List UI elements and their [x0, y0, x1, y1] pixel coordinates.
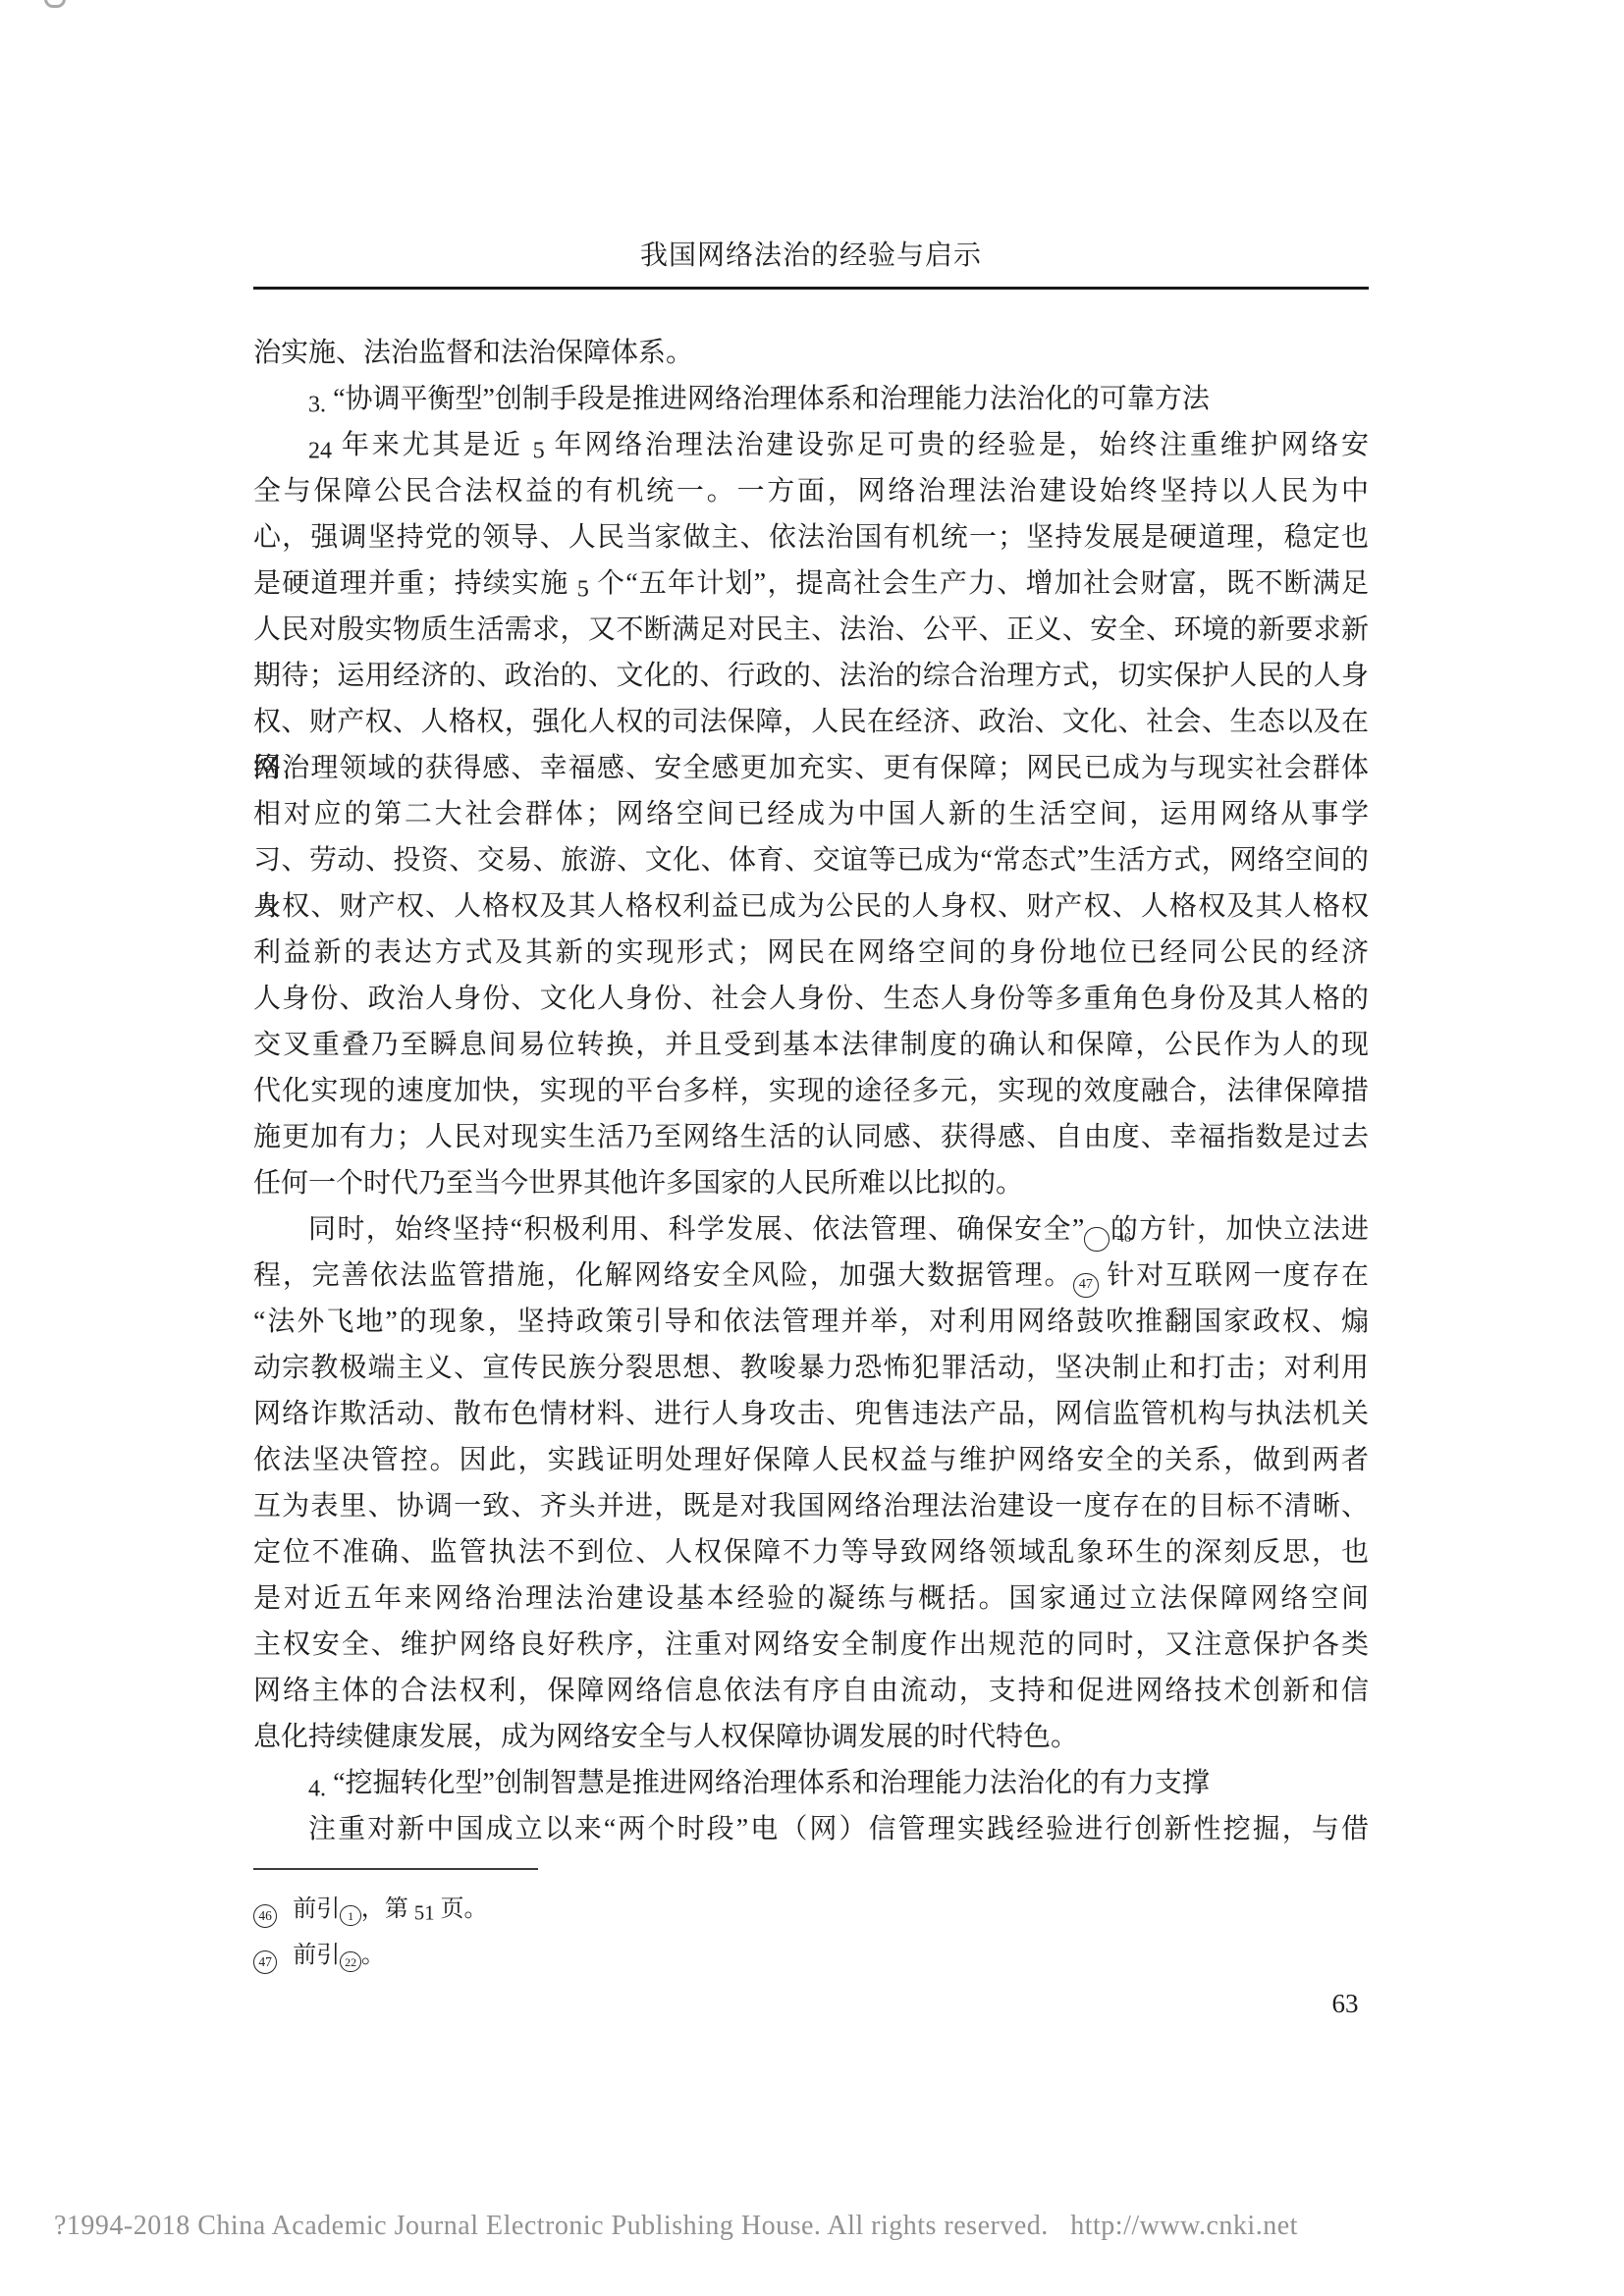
document-page: 我国网络法治的经验与启示 治实施、法治监督和法治保障体系。 3. “协调平衡型”…: [0, 0, 1624, 2296]
body-line: 人身份、政治人身份、文化人身份、社会人身份、生态人身份等多重角色身份及其人格的: [253, 976, 1369, 1022]
body-line: 治实施、法治监督和法治保障体系。: [253, 330, 1369, 376]
body-line: 4. “挖掘转化型”创制智慧是推进网络治理体系和治理能力法治化的有力支撑: [253, 1760, 1369, 1806]
body-line: 心，强调坚持党的领导、人民当家做主、依法治国有机统一；坚持发展是硬道理，稳定也: [253, 514, 1369, 561]
page-edge-artifact: [44, 0, 66, 8]
body-line: 主权安全、维护网络良好秩序，注重对网络安全制度作出规范的同时，又注意保护各类: [253, 1622, 1369, 1668]
body-line: 任何一个时代乃至当今世界其他许多国家的人民所难以比拟的。: [253, 1160, 1369, 1206]
title-rule: [253, 287, 1369, 290]
body-line: 网络主体的合法权利，保障网络信息依法有序自由流动，支持和促进网络技术创新和信: [253, 1668, 1369, 1714]
body-line: 动宗教极端主义、宣传民族分裂思想、教唆暴力恐怖犯罪活动，坚决制止和打击；对利用: [253, 1345, 1369, 1391]
body-line: 注重对新中国成立以来“两个时段”电（网）信管理实践经验进行创新性挖掘，与借: [253, 1806, 1369, 1852]
footnote-marker: 46: [253, 1885, 277, 1931]
body-line: 是硬道理并重；持续实施 5 个“五年计划”，提高社会生产力、增加社会财富，既不断…: [253, 561, 1369, 607]
body-line: 程，完善依法监管措施，化解网络安全风险，加强大数据管理。47 针对互联网一度存在: [253, 1253, 1369, 1299]
footnote-item: 47 前引22。: [253, 1931, 1369, 1977]
body-line: 相对应的第二大社会群体；网络空间已经成为中国人新的生活空间，运用网络从事学: [253, 791, 1369, 837]
body-line: “法外飞地”的现象，坚持政策引导和依法管理并举，对利用网络鼓吹推翻国家政权、煽: [253, 1299, 1369, 1345]
footnote-text: 前引1，第 51 页。: [293, 1887, 487, 1938]
footnote-rule: [253, 1868, 538, 1870]
watermark-footer: ?1994-2018 China Academic Journal Electr…: [54, 2211, 1298, 2242]
footnotes: 46 前引1，第 51 页。 47 前引22。: [253, 1885, 1369, 1977]
body-line: 期待；运用经济的、政治的、文化的、行政的、法治的综合治理方式，切实保护人民的人身: [253, 653, 1369, 699]
body-line: 定位不准确、监管执法不到位、人权保障不力等导致网络领域乱象环生的深刻反思，也: [253, 1529, 1369, 1575]
footnote-marker: 47: [253, 1931, 277, 1977]
footnote-text: 前引22。: [293, 1933, 385, 1979]
body-line: 习、劳动、投资、交易、旅游、文化、体育、交谊等已成为“常态式”生活方式，网络空间…: [253, 837, 1369, 883]
body-line: 互为表里、协调一致、齐头并进，既是对我国网络治理法治建设一度存在的目标不清晰、: [253, 1483, 1369, 1529]
body-line: 网络诈欺活动、散布色情材料、进行人身攻击、兜售违法产品，网信监管机构与执法机关: [253, 1391, 1369, 1437]
body-line: 利益新的表达方式及其新的实现形式；网民在网络空间的身份地位已经同公民的经济: [253, 930, 1369, 976]
body-line: 24 年来尤其是近 5 年网络治理法治建设弥足可贵的经验是，始终注重维护网络安: [253, 422, 1369, 468]
body-text: 治实施、法治监督和法治保障体系。 3. “协调平衡型”创制手段是推进网络治理体系…: [253, 330, 1369, 1852]
body-line: 施更加有力；人民对现实生活乃至网络生活的认同感、获得感、自由度、幸福指数是过去: [253, 1114, 1369, 1160]
body-line: 人民对殷实物质生活需求，又不断满足对民主、法治、公平、正义、安全、环境的新要求新: [253, 607, 1369, 653]
body-line: 权、财产权、人格权，强化人权的司法保障，人民在经济、政治、文化、社会、生态以及在…: [253, 699, 1369, 745]
page-number: 63: [1314, 1989, 1377, 2019]
body-line: 交叉重叠乃至瞬息间易位转换，并且受到基本法律制度的确认和保障，公民作为人的现: [253, 1022, 1369, 1068]
footnote-item: 46 前引1，第 51 页。: [253, 1885, 1369, 1931]
body-line: 全与保障公民合法权益的有机统一。一方面，网络治理法治建设始终坚持以人民为中: [253, 468, 1369, 514]
body-line: 3. “协调平衡型”创制手段是推进网络治理体系和治理能力法治化的可靠方法: [253, 376, 1369, 422]
body-line: 络治理领域的获得感、幸福感、安全感更加充实、更有保障；网民已成为与现实社会群体: [253, 745, 1369, 791]
page-title: 我国网络法治的经验与启示: [253, 234, 1369, 273]
body-line: 依法坚决管控。因此，实践证明处理好保障人民权益与维护网络安全的关系，做到两者: [253, 1437, 1369, 1483]
body-line: 息化持续健康发展，成为网络安全与人权保障协调发展的时代特色。: [253, 1714, 1369, 1760]
body-line: 同时，始终坚持“积极利用、科学发展、依法管理、确保安全”46的方针，加快立法进: [253, 1206, 1369, 1253]
body-line: 代化实现的速度加快，实现的平台多样，实现的途径多元，实现的效度融合，法律保障措: [253, 1068, 1369, 1114]
body-line: 是对近五年来网络治理法治建设基本经验的凝练与概括。国家通过立法保障网络空间: [253, 1575, 1369, 1622]
body-line: 身权、财产权、人格权及其人格权利益已成为公民的人身权、财产权、人格权及其人格权: [253, 883, 1369, 930]
